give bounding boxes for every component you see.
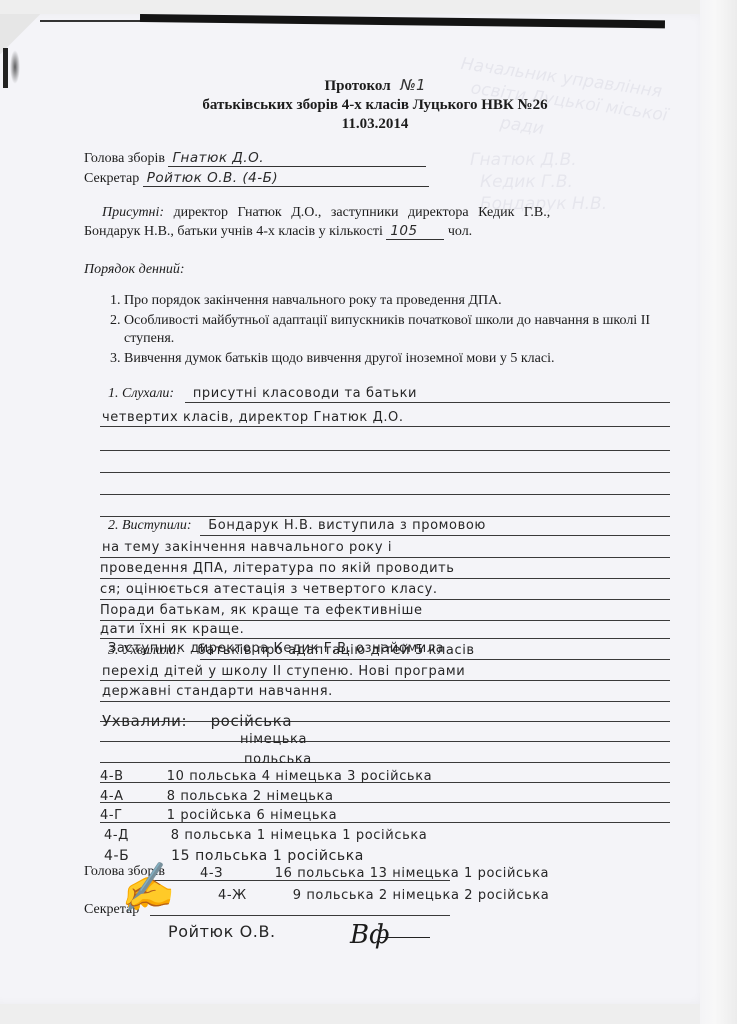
agenda-item: Вивчення думок батьків щодо вивчення дру… — [124, 350, 664, 368]
agenda-item: Про порядок закінчення навчального року … — [124, 292, 664, 310]
ruled-line — [100, 762, 670, 763]
class-vote-row: 4-З 16 польська 13 німецька 1 російська — [200, 866, 549, 881]
attendees-count: 105 — [386, 223, 444, 240]
document-date: 11.03.2014 — [150, 115, 600, 134]
attendees-text: директор Гнатюк Д.О., заступники директо… — [174, 205, 551, 220]
handwritten-text: присутні класоводи та батьки — [193, 386, 417, 401]
ruled-line — [100, 516, 670, 517]
agenda-list: Про порядок закінчення навчального року … — [104, 292, 664, 370]
class-name: 4-Д — [104, 828, 166, 843]
ruled-line — [100, 599, 670, 600]
section-3-line: перехід дітей у школу ІІ ступеню. Нові п… — [102, 664, 465, 679]
chair-row: Голова зборів Гнатюк Д.О. — [84, 150, 426, 167]
agenda-label: Порядок денний: — [84, 262, 185, 278]
section-1-line: 1. Слухали: присутні класоводи та батьки — [108, 386, 417, 402]
language-option: німецька — [240, 732, 307, 747]
section-2-line: дати їхні як краще. — [100, 622, 244, 637]
scan-smudge — [10, 50, 20, 84]
class-vote-text: 8 польська 2 німецька — [167, 789, 334, 804]
secretary-value: Ройтюк О.В. (4-Б) — [143, 170, 429, 187]
ruled-line — [100, 472, 670, 473]
section-1-line: четвертих класів, директор Гнатюк Д.О. — [102, 410, 404, 425]
document-number: №1 — [400, 76, 425, 94]
signature-line — [150, 915, 450, 916]
ruled-line — [100, 680, 670, 681]
approved-label: Ухвалили: — [102, 712, 187, 730]
ruled-line — [100, 494, 670, 495]
bleed-through-text: Кедик Г.В. — [480, 172, 573, 192]
ruled-line — [100, 741, 670, 742]
chair-label: Голова зборів — [84, 151, 165, 166]
document-subtitle: батьківських зборів 4-х класів Луцького … — [150, 96, 600, 115]
ruled-line — [100, 638, 670, 639]
attendees-label: Присутні: — [102, 205, 164, 220]
handwritten-text: батьків про адаптацію дітей 5 класів — [198, 643, 475, 658]
class-name: 4-З — [200, 866, 270, 881]
agenda-item: Особливості майбутньої адаптації випускн… — [124, 312, 664, 348]
language-option: польська — [244, 752, 312, 767]
signature-stroke — [380, 937, 430, 938]
section-2-line: Поради батькам, як краще та ефективніше — [100, 603, 423, 618]
class-name: 4-Ж — [218, 888, 288, 903]
ruled-line — [200, 659, 670, 660]
approved-line: Ухвалили: російська — [102, 712, 292, 730]
class-vote-text: 8 польська 1 німецька 1 російська — [171, 828, 428, 843]
ruled-line — [185, 402, 670, 403]
section-3: 3. Ухвалили: батьків про адаптацію дітей… — [108, 643, 475, 659]
class-vote-row: 4-Г 1 російська 6 німецька — [100, 808, 337, 823]
bleed-through-text: Гнатюк Д.В. — [470, 150, 577, 170]
attendees-text-2: Бондарук Н.В., батьки учнів 4-х класів у… — [84, 224, 383, 239]
ruled-line — [100, 701, 670, 702]
section-2-line: ся; оцінюється атестація з четвертого кл… — [100, 582, 438, 597]
scan-left-mark — [3, 48, 8, 88]
class-vote-row: 4-В 10 польська 4 німецька 3 російська — [100, 769, 432, 784]
ruled-line — [200, 535, 670, 536]
secretary-row: Секретар Ройтюк О.В. (4-Б) — [84, 170, 429, 187]
handwritten-text: Бондарук Н.В. виступила з промовою — [208, 518, 486, 533]
section-1-label: 1. Слухали: — [108, 386, 174, 401]
section-2-line: проведення ДПА, література по якій прово… — [100, 561, 455, 576]
attendees-unit: чол. — [448, 224, 472, 239]
ruled-line — [100, 426, 670, 427]
class-name: 4-Г — [100, 808, 162, 823]
class-vote-text: 1 російська 6 німецька — [167, 808, 337, 823]
class-vote-text: 15 польська 1 російська — [171, 848, 364, 864]
scan-edge-line — [40, 20, 150, 22]
class-vote-text: 16 польська 13 німецька 1 російська — [275, 866, 549, 881]
class-name: 4-В — [100, 769, 162, 784]
class-vote-row: 4-Ж 9 польська 2 німецька 2 російська — [218, 888, 549, 903]
chair-signature: ✍ — [114, 858, 177, 919]
ruled-line — [100, 450, 670, 451]
page-edge-shadow — [700, 0, 737, 1024]
class-vote-text: 9 польська 2 німецька 2 російська — [293, 888, 550, 903]
ruled-line — [100, 557, 670, 558]
ruled-line — [100, 620, 670, 621]
section-3-line: державні стандарти навчання. — [102, 684, 333, 699]
section-3-label: 3. Ухвалили: — [108, 643, 181, 658]
document-title: Протокол — [324, 78, 390, 94]
secretary-label: Секретар — [84, 171, 139, 186]
section-2-line: 2. Виступили: Бондарук Н.В. виступила з … — [108, 518, 486, 534]
secretary-name: Ройтюк О.В. — [168, 922, 276, 941]
ruled-line — [100, 578, 670, 579]
attendees-line-1: Присутні: директор Гнатюк Д.О., заступни… — [102, 205, 550, 221]
class-vote-text: 10 польська 4 німецька 3 російська — [167, 769, 432, 784]
section-2-label: 2. Виступили: — [108, 518, 192, 533]
language-option: російська — [211, 712, 293, 730]
chair-value: Гнатюк Д.О. — [168, 150, 426, 167]
attendees-line-2: Бондарук Н.В., батьки учнів 4-х класів у… — [84, 223, 472, 240]
class-vote-row: 4-А 8 польська 2 німецька — [100, 789, 334, 804]
document-header: Протокол №1 батьківських зборів 4-х клас… — [150, 76, 600, 134]
secretary-signature: Вф — [350, 920, 389, 950]
class-vote-row: 4-Д 8 польська 1 німецька 1 російська — [104, 828, 427, 843]
class-name: 4-А — [100, 789, 162, 804]
section-2-line: на тему закінчення навчального року і — [102, 540, 392, 555]
